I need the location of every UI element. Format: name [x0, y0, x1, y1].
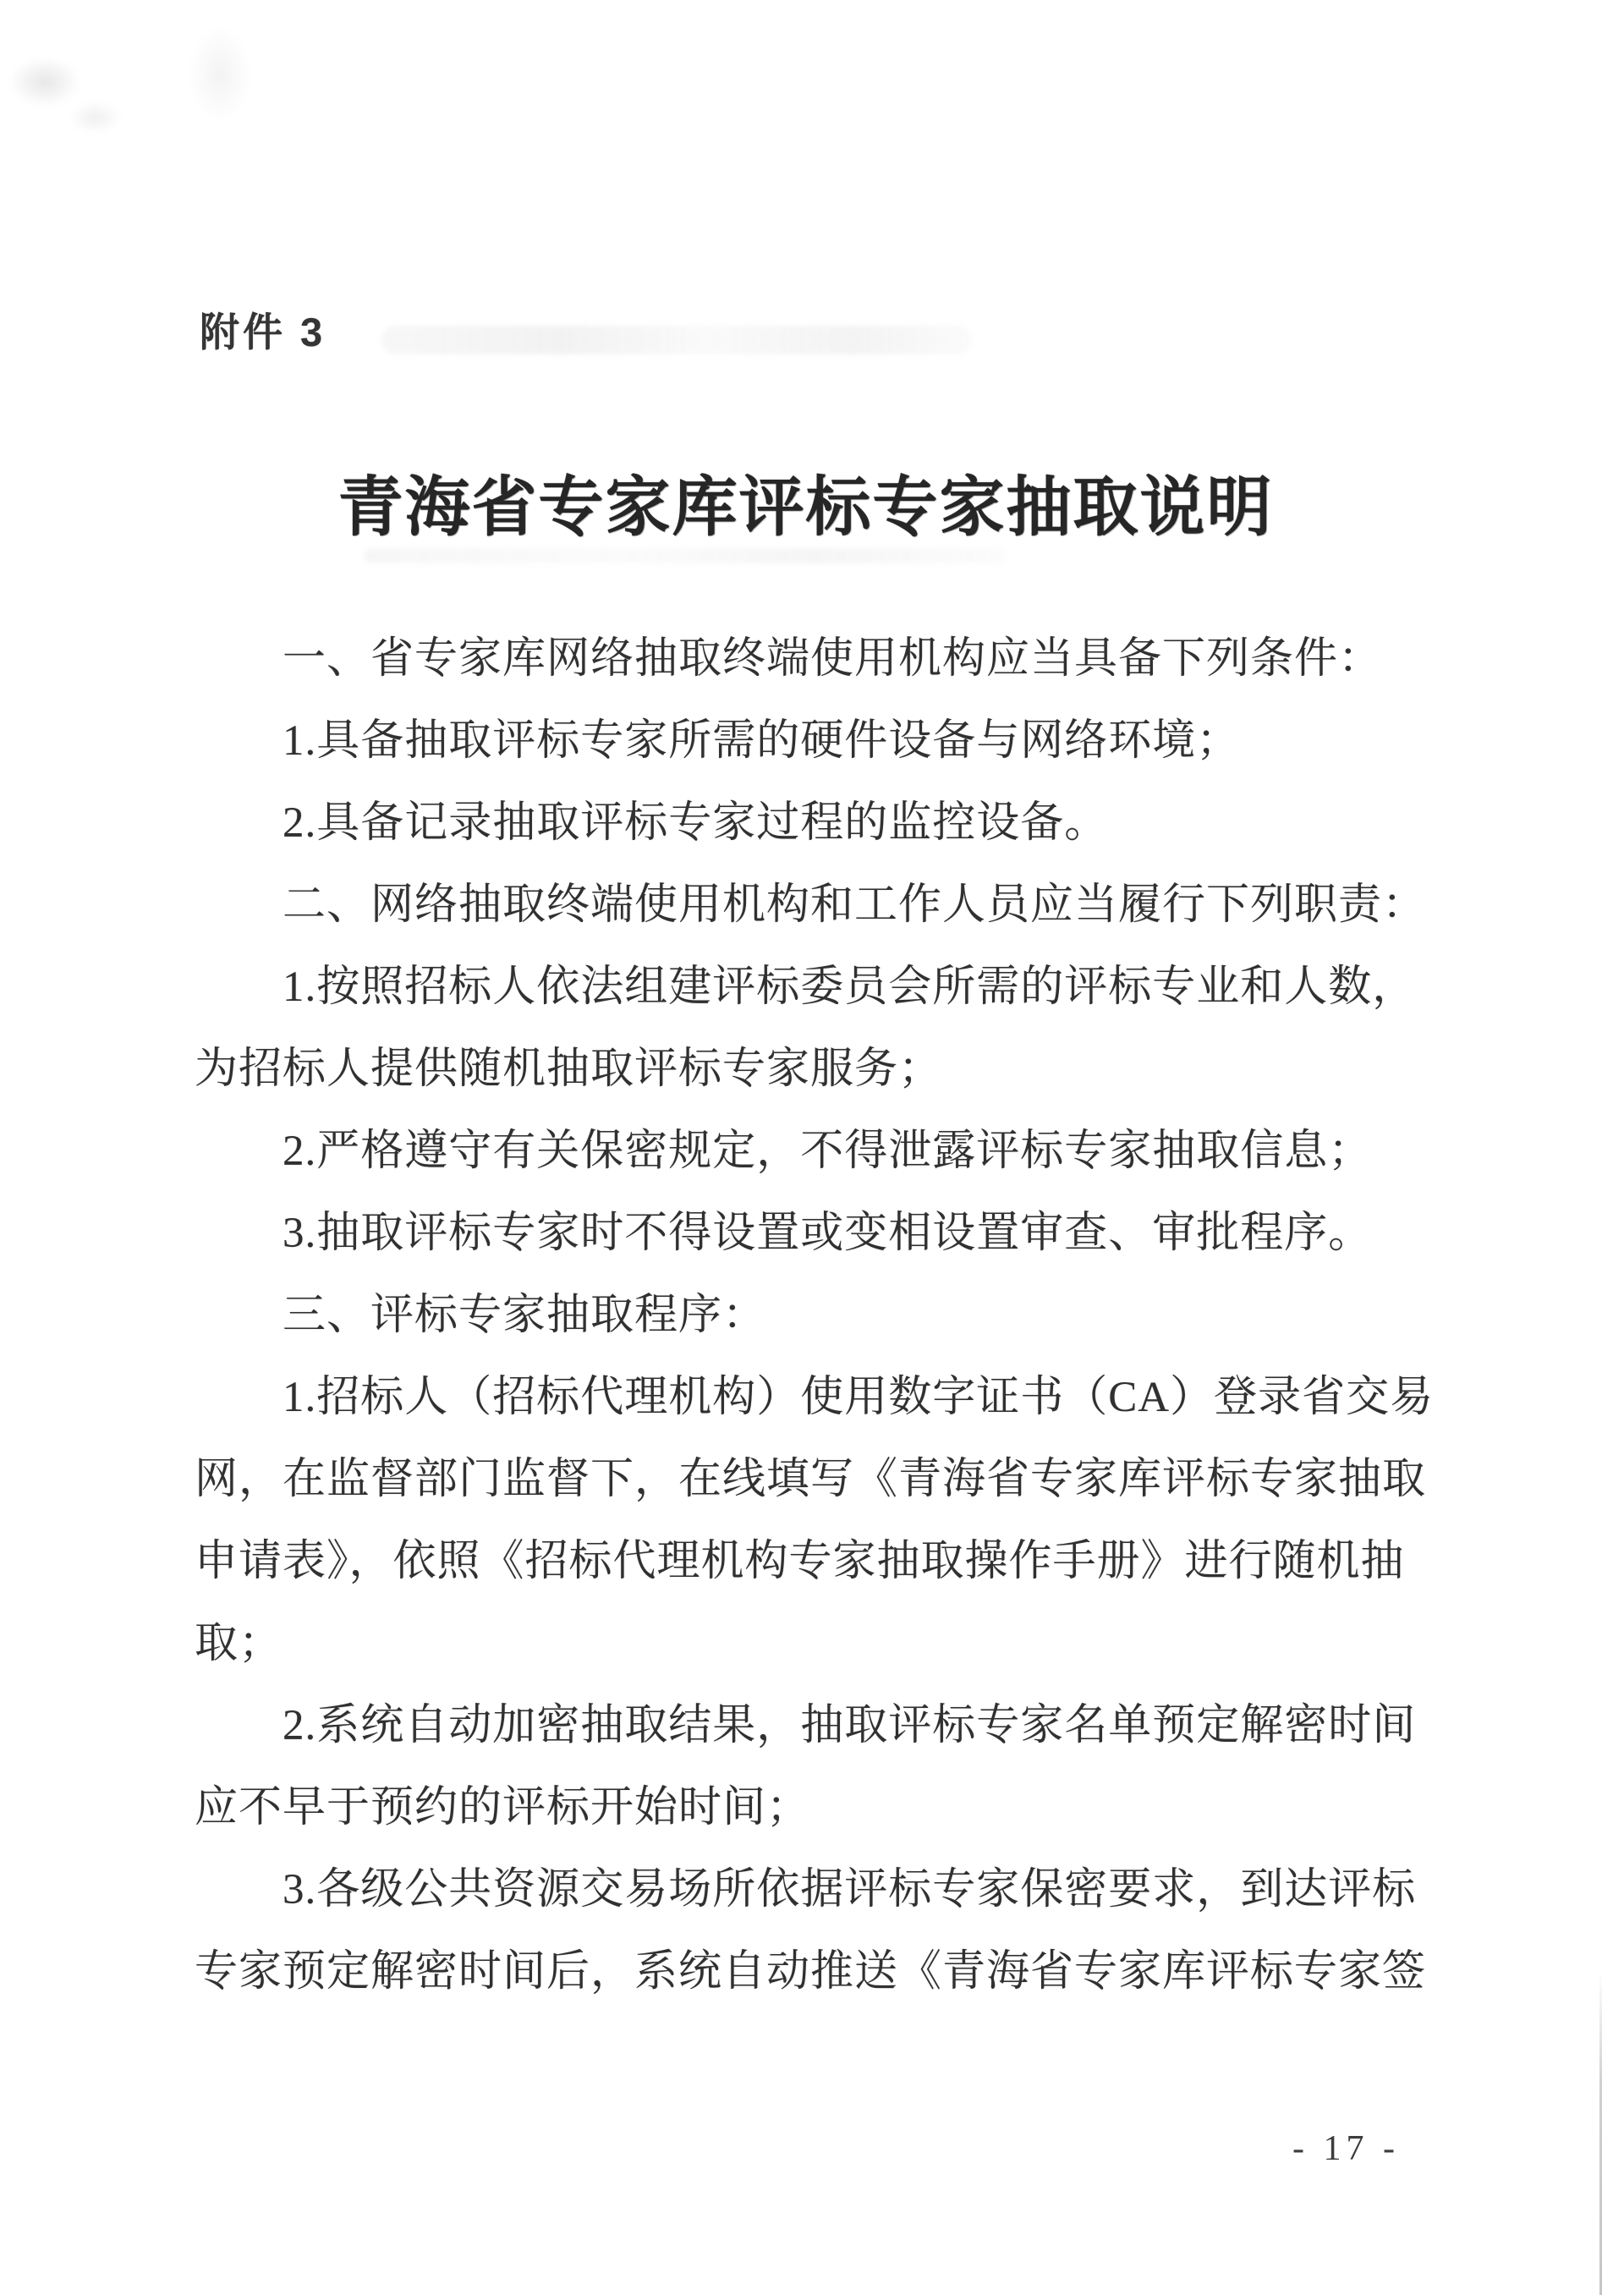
body-line: 1.招标人（招标代理机构）使用数字证书（CA）登录省交易	[195, 1357, 1480, 1439]
body-line: 为招标人提供随机抽取评标专家服务；	[195, 1029, 1480, 1111]
scan-smudge	[173, 17, 266, 161]
page-number: - 17 -	[1292, 2128, 1400, 2169]
attachment-label: 附件 3	[200, 301, 326, 358]
body-line: 2.具备记录抽取评标专家过程的监控设备。	[195, 782, 1480, 865]
body-line: 2.系统自动加密抽取结果，抽取评标专家名单预定解密时间	[195, 1685, 1480, 1767]
scan-smudge	[381, 326, 973, 354]
document-body: 一、省专家库网络抽取终端使用机构应当具备下列条件： 1.具备抽取评标专家所需的硬…	[195, 618, 1480, 2013]
body-line: 3.各级公共资源交易场所依据评标专家保密要求，到达评标	[195, 1849, 1480, 1931]
scan-smudge	[364, 548, 1007, 563]
body-line: 专家预定解密时间后，系统自动推送《青海省专家库评标专家签	[195, 1931, 1480, 2013]
body-line: 一、省专家库网络抽取终端使用机构应当具备下列条件：	[195, 618, 1480, 700]
scan-edge-line	[1599, 1971, 1602, 2295]
scanned-document-page: 附件 3 青海省专家库评标专家抽取说明 一、省专家库网络抽取终端使用机构应当具备…	[0, 0, 1624, 2295]
body-line: 1.按照招标人依法组建评标委员会所需的评标专业和人数，	[195, 947, 1480, 1029]
body-line: 三、评标专家抽取程序：	[195, 1275, 1480, 1357]
body-line: 二、网络抽取终端使用机构和工作人员应当履行下列职责：	[195, 865, 1480, 947]
scan-smudge	[7, 47, 134, 165]
body-line: 3.抽取评标专家时不得设置或变相设置审查、审批程序。	[195, 1193, 1480, 1275]
body-line: 应不早于预约的评标开始时间；	[195, 1767, 1480, 1849]
document-title: 青海省专家库评标专家抽取说明	[195, 455, 1417, 549]
body-line: 1.具备抽取评标专家所需的硬件设备与网络环境；	[195, 700, 1480, 782]
body-line: 申请表》，依照《招标代理机构专家抽取操作手册》进行随机抽	[195, 1521, 1480, 1603]
body-line: 网，在监督部门监督下，在线填写《青海省专家库评标专家抽取	[195, 1439, 1480, 1521]
body-line: 取；	[195, 1603, 1480, 1685]
body-line: 2.严格遵守有关保密规定，不得泄露评标专家抽取信息；	[195, 1111, 1480, 1193]
